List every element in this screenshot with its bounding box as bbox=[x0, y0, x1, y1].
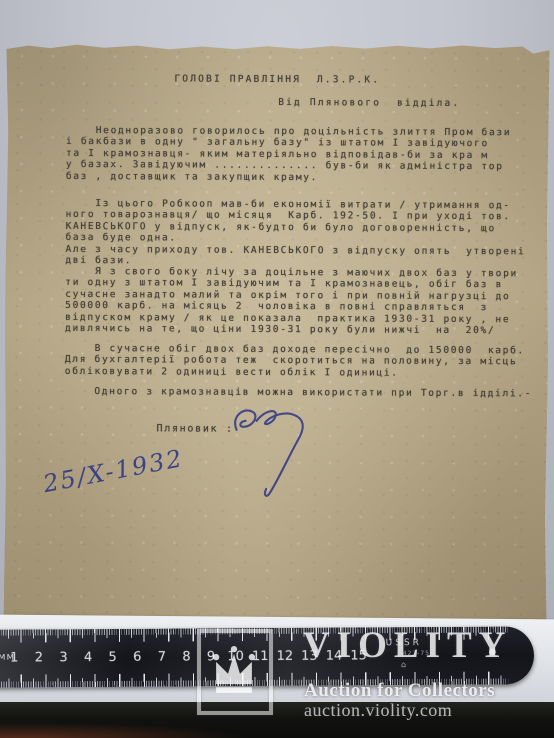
document-paragraph-3: Я з свого боку лічу за доцільне з маючих… bbox=[65, 266, 518, 337]
crown-icon bbox=[204, 638, 264, 700]
ruler-number: 12 bbox=[272, 649, 297, 664]
document-addressee-line: ГОЛОВІ ПРАВЛІННЯ Л.З.Р.К. bbox=[174, 73, 380, 85]
document-paragraph-1: Неоднoразово говорилось про доцільність … bbox=[66, 125, 511, 184]
ruler-number: 3 bbox=[51, 650, 76, 665]
ruler-number: 8 bbox=[174, 649, 199, 664]
table-shadow bbox=[0, 702, 554, 738]
ruler-number: 6 bbox=[125, 650, 150, 665]
ruler-number: 5 bbox=[100, 650, 125, 665]
document-paper: ГОЛОВІ ПРАВЛІННЯ Л.З.Р.К. Від Плянового … bbox=[3, 43, 549, 634]
ruler-number: 2 bbox=[27, 650, 52, 665]
document-sender-line: Від Плянового відділа. bbox=[278, 97, 460, 109]
document-paragraph-4: В сучасне обіг двох баз доходе пересічно… bbox=[65, 343, 525, 380]
document-paragraph-5: Одного з крамознавців можна використати … bbox=[65, 386, 532, 400]
auction-photo: ГОЛОВІ ПРАВЛІННЯ Л.З.Р.К. Від Плянового … bbox=[0, 0, 554, 738]
ruler-number: 1 bbox=[2, 650, 27, 665]
handwritten-signature bbox=[222, 402, 338, 503]
document-paragraph-2: Із цього Робкооп мав-би економії витрати… bbox=[65, 198, 525, 269]
handwritten-date: 25/X-1932 bbox=[41, 444, 186, 498]
watermark-url: auction.violity.com bbox=[304, 700, 452, 721]
watermark-tagline: Auction for Collectors bbox=[304, 680, 495, 702]
ruler-number: 4 bbox=[76, 650, 101, 665]
watermark-crown-box bbox=[197, 629, 273, 715]
watermark-brand: VIOLITY bbox=[303, 624, 503, 667]
ruler-number: 7 bbox=[150, 650, 175, 665]
